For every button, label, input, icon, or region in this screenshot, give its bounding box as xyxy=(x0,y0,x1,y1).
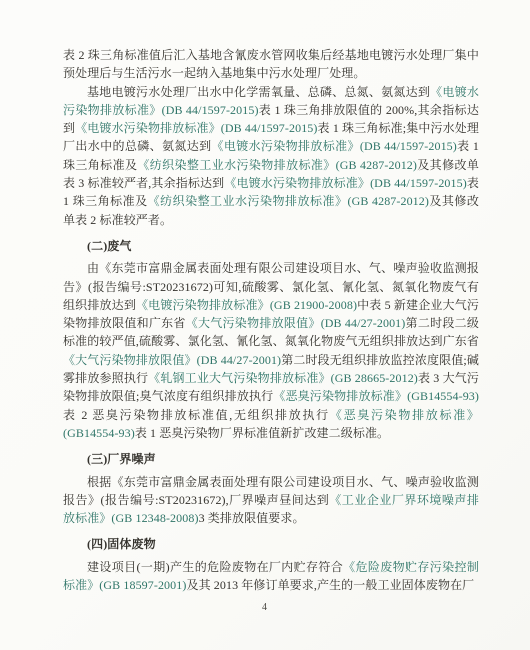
page-number: 4 xyxy=(0,602,530,613)
text-run: 及其 2013 年修订单要求,产生的一般工业固体废物在厂 xyxy=(186,578,474,592)
standard-reference: 《电镀水污染物排放标准》(DB 44/1597-2015) xyxy=(224,176,467,190)
text-run: 表 1 恶臭污染物厂界标准值新扩改建二级标准。 xyxy=(135,426,389,440)
standard-reference: 《轧钢工业大气污染物排放标准》(GB 28665-2012) xyxy=(148,371,418,385)
text-run: 表 2 珠三角标准值后汇入基地含氰废水管网收集后经基地电镀污水处理厂集中预处理后… xyxy=(63,48,479,80)
standard-reference: 《大气污染物排放限值》(DB 44/27-2001) xyxy=(63,353,281,367)
paragraph-boundary-noise: 根据《东莞市富鼎金属表面处理有限公司建设项目水、气、噪声验收监测报告》(报告编号… xyxy=(63,473,479,528)
section-heading-exhaust-gas: (二)废气 xyxy=(63,237,479,255)
paragraph-solid-waste: 建设项目(一期)产生的危险废物在厂内贮存符合《危险废物贮存污染控制标准》(GB … xyxy=(63,558,479,595)
paragraph-exhaust-gas: 由《东莞市富鼎金属表面处理有限公司建设项目水、气、噪声验收监测报告》(报告编号:… xyxy=(63,259,479,442)
standard-reference: 《电镀水污染物排放标准》(DB 44/1597-2015) xyxy=(75,121,317,135)
section-heading-solid-waste: (四)固体废物 xyxy=(63,535,479,553)
text-run: 表 2 恶臭污染物排放标准值,无组织排放执行 xyxy=(63,408,330,422)
standard-reference: 《纺织染整工业水污染物排放标准》(GB 4287-2012) xyxy=(148,194,429,208)
paragraph-wastewater-standards: 基地电镀污水处理厂出水中化学需氧量、总磷、总氮、氨氮达到《电镀水污染物排放标准》… xyxy=(63,83,479,229)
standard-reference: 《纺织染整工业水污染物排放标准》(GB 4287-2012) xyxy=(137,158,417,172)
text-run: 建设项目(一期)产生的危险废物在厂内贮存符合 xyxy=(87,560,343,574)
standard-reference: 《恶臭污染物排放标准》(GB14554-93) xyxy=(273,389,479,403)
standard-reference: 《大气污染物排放限值》(DB 44/27-2001) xyxy=(186,316,406,330)
page-body: 表 2 珠三角标准值后汇入基地含氰废水管网收集后经基地电镀污水处理厂集中预处理后… xyxy=(63,46,479,594)
paragraph-wastewater-intro: 表 2 珠三角标准值后汇入基地含氰废水管网收集后经基地电镀污水处理厂集中预处理后… xyxy=(63,46,479,83)
text-run: 基地电镀污水处理厂出水中化学需氧量、总磷、总氮、氨氮达到 xyxy=(87,85,430,99)
standard-reference: 《电镀水污染物排放标准》(DB 44/1597-2015) xyxy=(211,139,456,153)
section-heading-boundary-noise: (三)厂界噪声 xyxy=(63,450,479,468)
text-run: 3 类排放限值要求。 xyxy=(199,511,305,525)
standard-reference: 《电镀污染物排放标准》(GB 21900-2008) xyxy=(136,298,357,312)
document-page: 表 2 珠三角标准值后汇入基地含氰废水管网收集后经基地电镀污水处理厂集中预处理后… xyxy=(0,0,530,650)
